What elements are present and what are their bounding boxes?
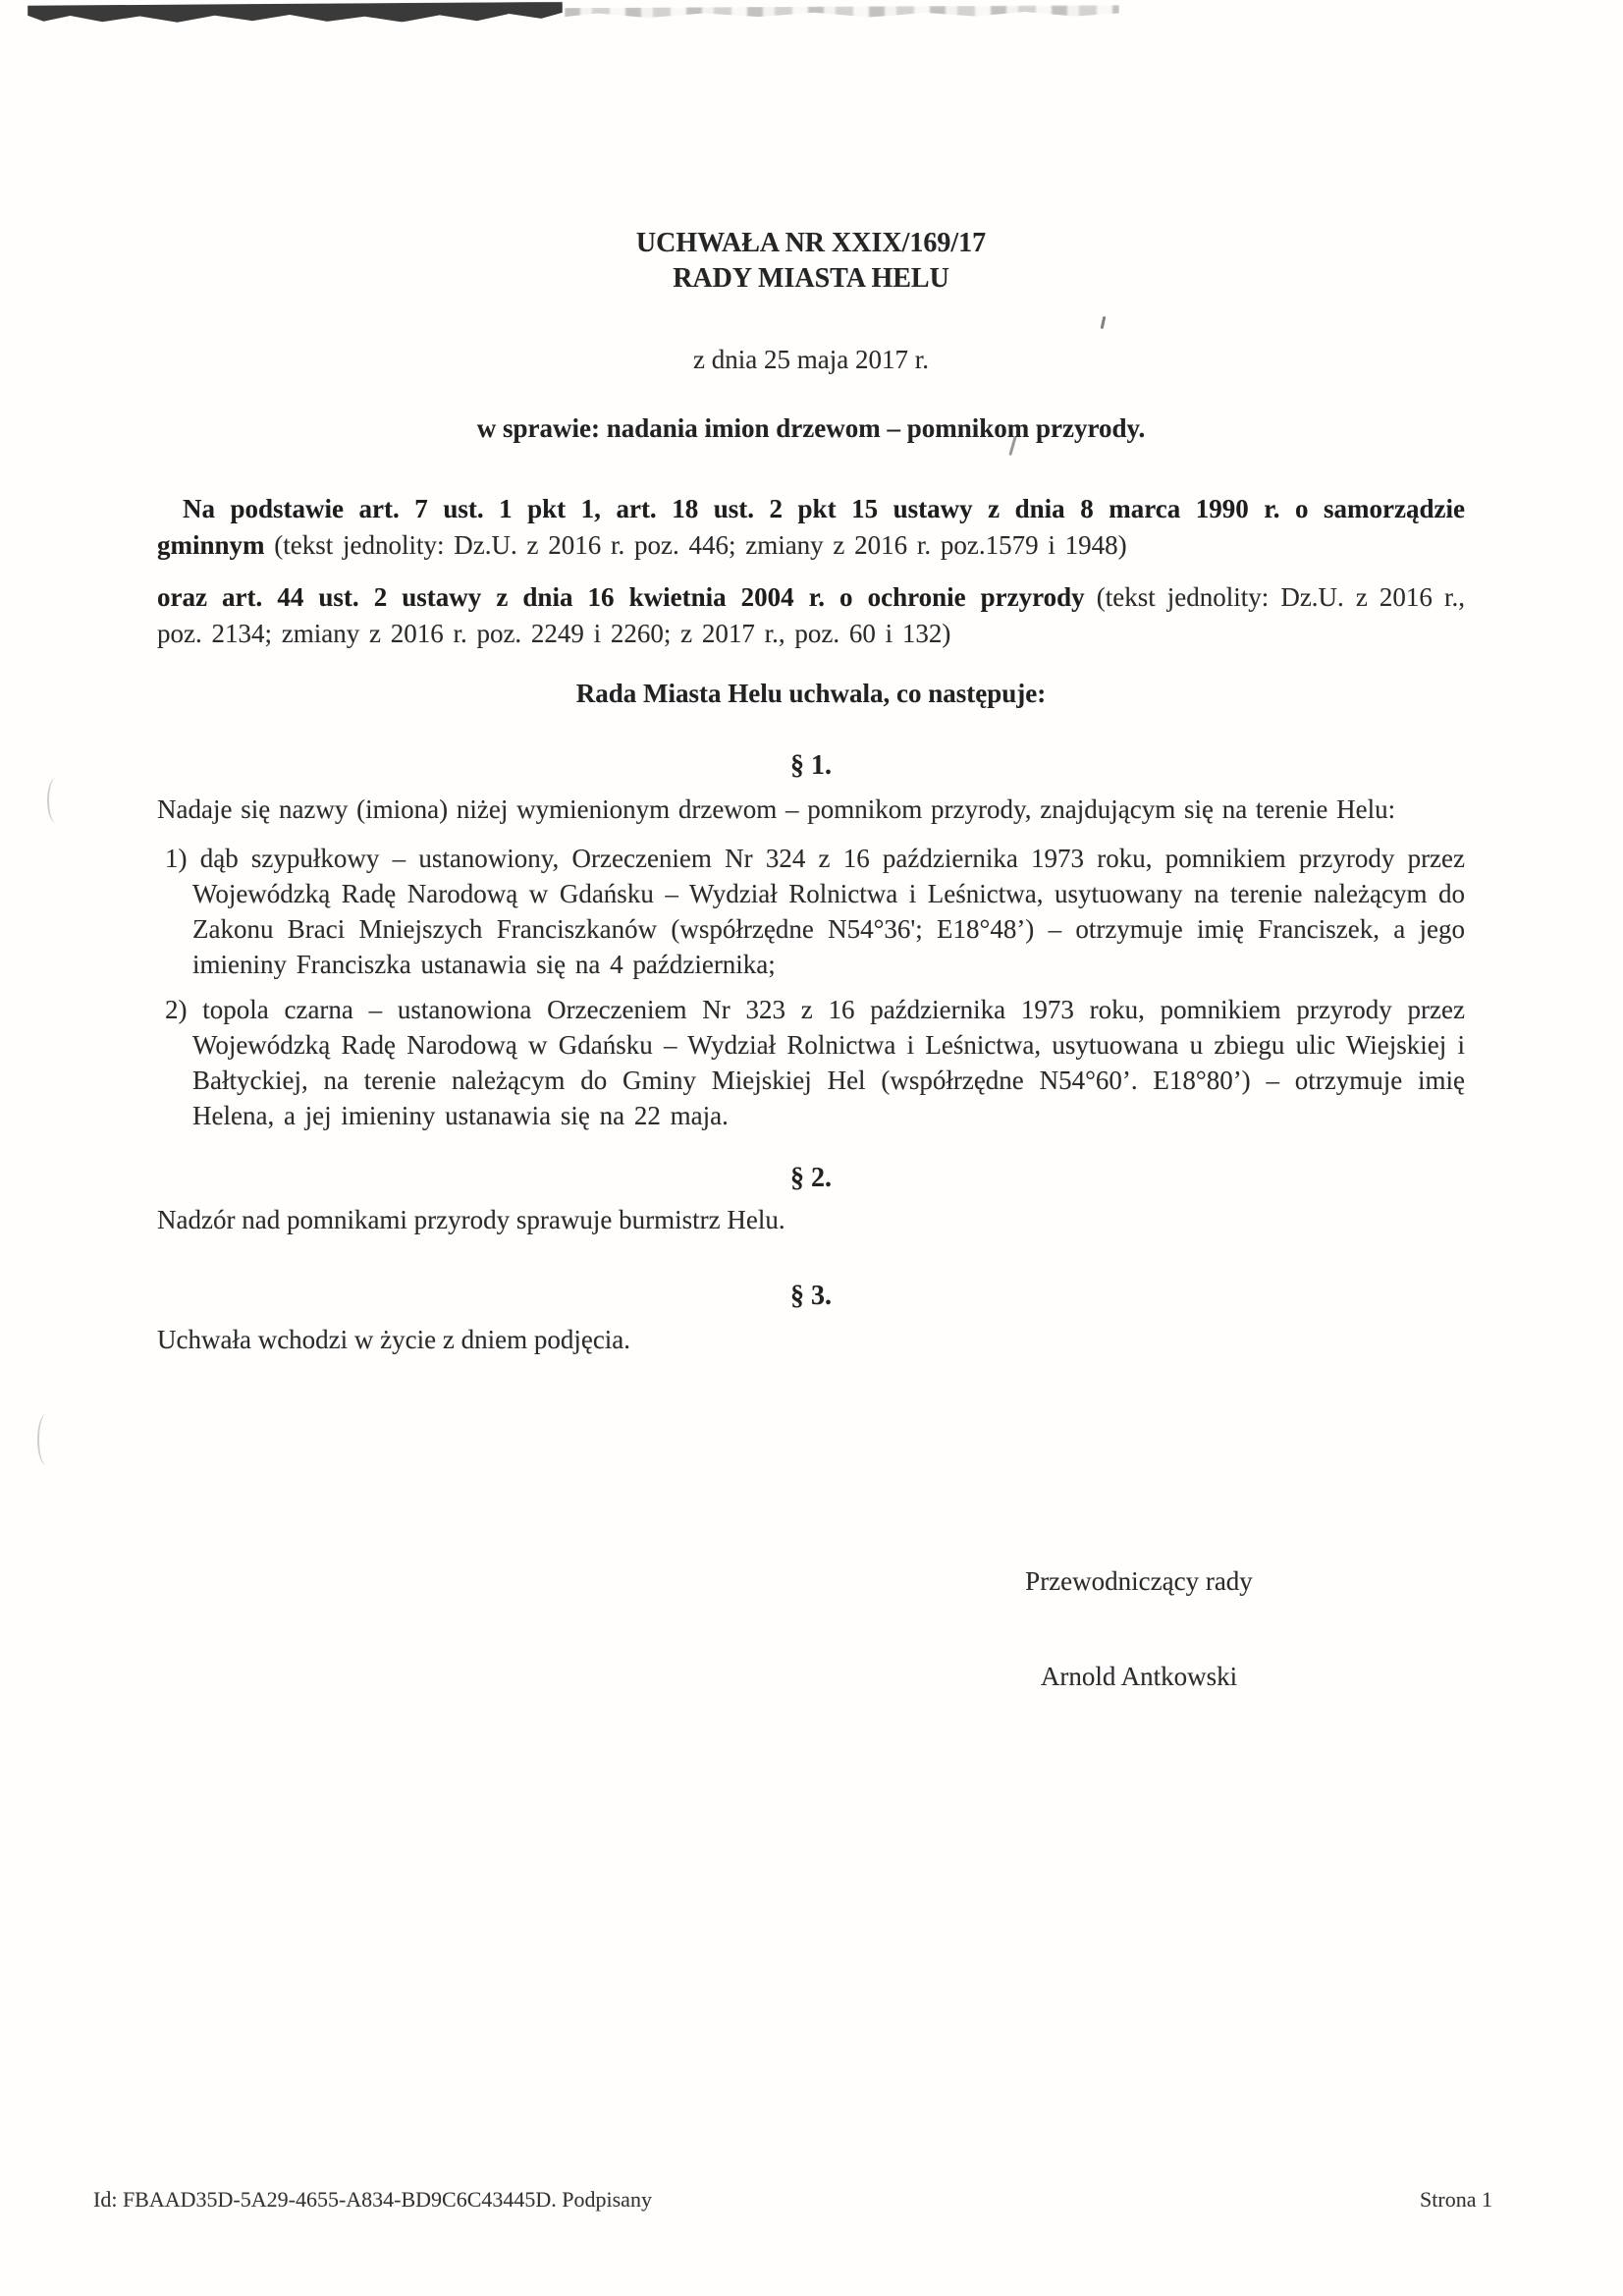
scan-artifact-arc (47, 778, 65, 823)
legal-basis-2-bold: oraz art. 44 ust. 2 ustawy z dnia 16 kwi… (157, 582, 1085, 612)
list-item-2-marker: 2) (165, 995, 188, 1024)
signer-role: Przewodniczący rady (884, 1563, 1394, 1599)
footer-document-id: Id: FBAAD35D-5A29-4655-A834-BD9C6C43445D… (93, 2186, 652, 2214)
section-1-intro: Nadaje się nazwy (imiona) niżej wymienio… (157, 792, 1465, 827)
list-item-1-marker: 1) (165, 844, 188, 873)
list-item-1: 1) dąb szypułkowy – ustanowiony, Orzecze… (157, 841, 1465, 982)
resolution-number: UCHWAŁA NR XXIX/169/17 (157, 226, 1465, 261)
document-title: UCHWAŁA NR XXIX/169/17 RADY MIASTA HELU (157, 226, 1465, 297)
section-2-body: Nadzór nad pomnikami przyrody sprawuje b… (157, 1202, 1465, 1237)
section-3-body: Uchwała wchodzi w życie z dniem podjęcia… (157, 1322, 1465, 1357)
issuing-body: RADY MIASTA HELU (157, 261, 1465, 297)
section-2-heading: § 2. (157, 1161, 1465, 1196)
list-item-1-text: dąb szypułkowy – ustanowiony, Orzeczenie… (192, 844, 1465, 979)
resolution-date: z dnia 25 maja 2017 r. (157, 342, 1465, 377)
document-body: UCHWAŁA NR XXIX/169/17 RADY MIASTA HELU … (157, 226, 1465, 1357)
scan-artifact-top-bar (27, 2, 563, 24)
legal-basis-1-regular: (tekst jednolity: Dz.U. z 2016 r. poz. 4… (265, 530, 1127, 560)
footer-page-number: Strona 1 (1420, 2186, 1492, 2214)
scan-artifact-top-bar-faint (565, 5, 1119, 19)
scan-artifact-arc (37, 1414, 55, 1465)
section-1-heading: § 1. (157, 748, 1465, 784)
page-footer: Id: FBAAD35D-5A29-4655-A834-BD9C6C43445D… (93, 2186, 1492, 2214)
signer-name: Arnold Antkowski (884, 1659, 1394, 1694)
legal-basis-paragraph-2: oraz art. 44 ust. 2 ustawy z dnia 16 kwi… (157, 579, 1465, 652)
section-3-heading: § 3. (157, 1279, 1465, 1314)
resolution-subject: w sprawie: nadania imion drzewom – pomni… (157, 410, 1465, 446)
enacting-formula: Rada Miasta Helu uchwala, co następuje: (157, 676, 1465, 711)
signature-block: Przewodniczący rady Arnold Antkowski (884, 1563, 1394, 1694)
list-item-2-text: topola czarna – ustanowiona Orzeczeniem … (192, 995, 1465, 1130)
scanned-document-page: UCHWAŁA NR XXIX/169/17 RADY MIASTA HELU … (0, 0, 1623, 2296)
legal-basis-paragraph-1: Na podstawie art. 7 ust. 1 pkt 1, art. 1… (157, 491, 1465, 564)
list-item-2: 2) topola czarna – ustanowiona Orzeczeni… (157, 992, 1465, 1133)
